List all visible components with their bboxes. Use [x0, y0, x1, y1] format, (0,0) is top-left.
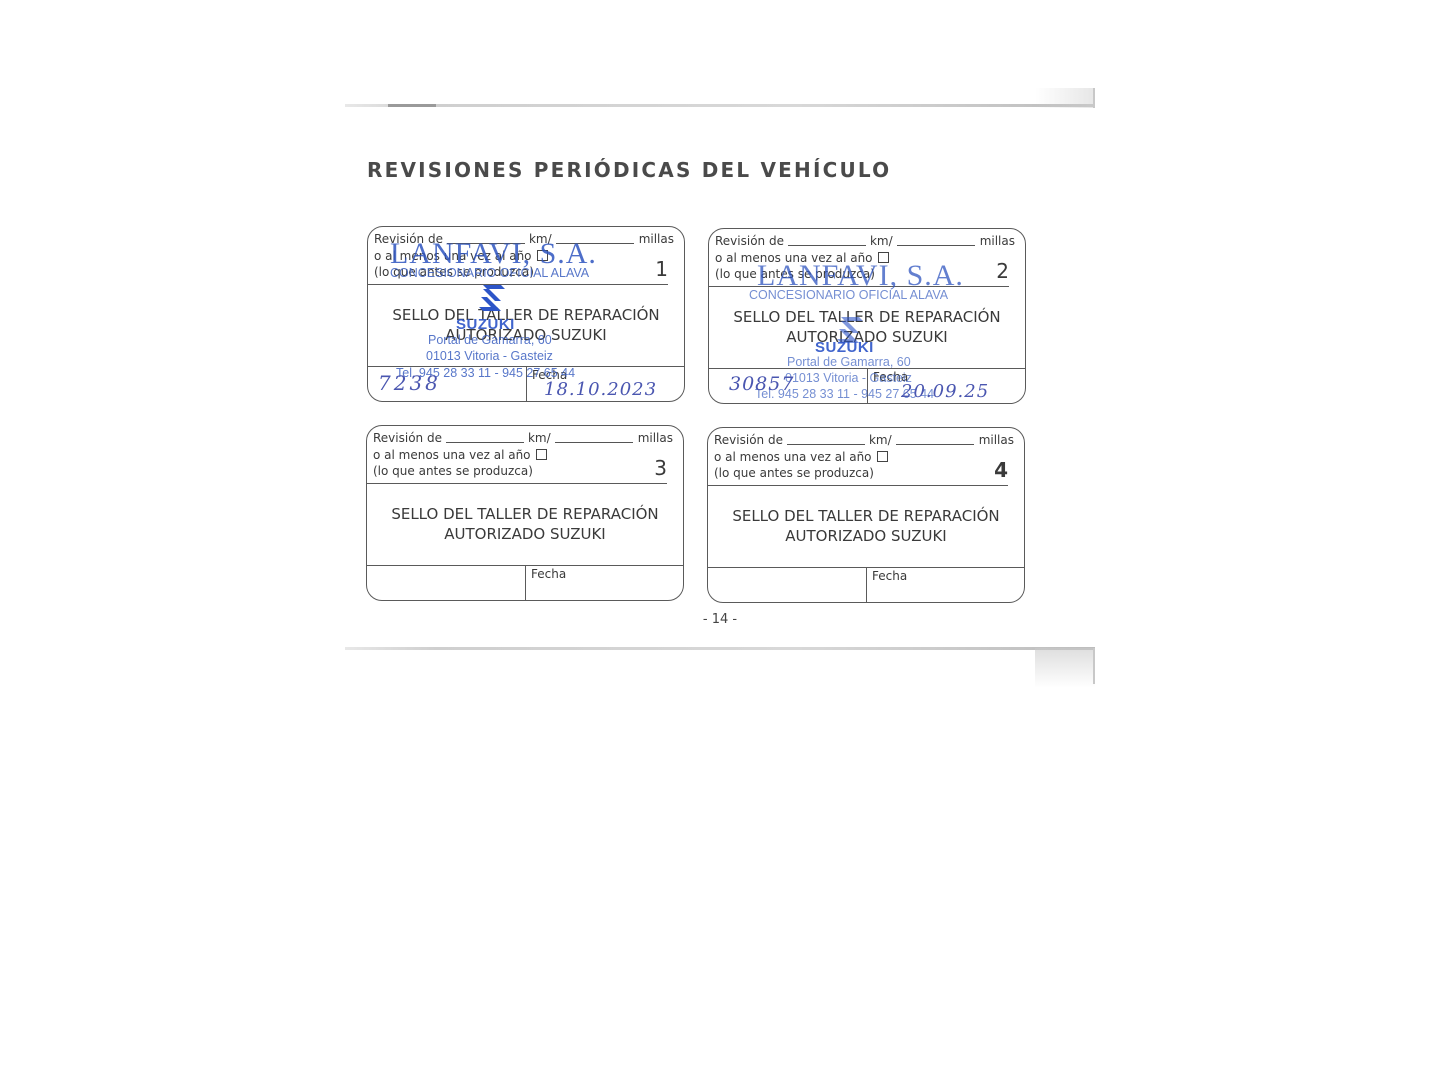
km-label: km/ — [870, 234, 893, 248]
whichever-first-label: (lo que antes se produzca) — [715, 267, 875, 281]
revision-label: Revisión de — [715, 234, 784, 248]
stamp-label-line1: SELLO DEL TALLER DE REPARACIÓN — [367, 504, 683, 524]
revision-row: Revisión dekm/millas — [374, 232, 674, 246]
yearly-label: o al menos una vez al año — [714, 450, 872, 464]
km-label: km/ — [869, 433, 892, 447]
millas-label: millas — [638, 431, 673, 445]
stamp-address-line2: 01013 Vitoria - Gasteiz — [426, 349, 553, 363]
stamp-label-line2: AUTORIZADO SUZUKI — [708, 526, 1024, 546]
divider — [526, 366, 527, 401]
divider — [708, 485, 1008, 486]
yearly-checkbox[interactable] — [537, 250, 548, 261]
yearly-row: o al menos una vez al año — [715, 251, 889, 265]
stamp-address-line1: Portal de Gamarra, 60 — [787, 355, 911, 369]
millas-blank — [896, 444, 974, 445]
stamp-area-label: SELLO DEL TALLER DE REPARACIÓNAUTORIZADO… — [709, 307, 1025, 347]
revision-card-1: Revisión dekm/millas o al menos una vez … — [367, 226, 685, 402]
revision-row: Revisión dekm/millas — [714, 433, 1014, 447]
yearly-checkbox[interactable] — [536, 449, 547, 460]
stamp-label-line1: SELLO DEL TALLER DE REPARACIÓN — [708, 506, 1024, 526]
scan-mark — [388, 104, 436, 107]
stamp-label-line2: AUTORIZADO SUZUKI — [709, 327, 1025, 347]
divider — [867, 368, 868, 403]
millas-label: millas — [979, 433, 1014, 447]
stamp-area-label: SELLO DEL TALLER DE REPARACIÓNAUTORIZADO… — [367, 504, 683, 544]
divider — [709, 286, 1009, 287]
yearly-label: o al menos una vez al año — [374, 249, 532, 263]
scan-corner-bottom — [1093, 648, 1095, 684]
stamp-label-line1: SELLO DEL TALLER DE REPARACIÓN — [368, 305, 684, 325]
km-label: km/ — [528, 431, 551, 445]
revision-card-2: Revisión dekm/millas o al menos una vez … — [708, 228, 1026, 404]
km-label: km/ — [529, 232, 552, 246]
scan-shadow-top — [1035, 88, 1095, 108]
scan-shadow-bottom — [1035, 648, 1095, 688]
revision-label: Revisión de — [373, 431, 442, 445]
km-blank — [446, 442, 524, 443]
stamp-label-line2: AUTORIZADO SUZUKI — [367, 524, 683, 544]
km-blank — [447, 243, 525, 244]
stamp-area-label: SELLO DEL TALLER DE REPARACIÓNAUTORIZADO… — [368, 305, 684, 345]
divider — [525, 565, 526, 600]
stamp-label-line1: SELLO DEL TALLER DE REPARACIÓN — [709, 307, 1025, 327]
yearly-label: o al menos una vez al año — [373, 448, 531, 462]
scan-corner-top — [1093, 88, 1095, 108]
handwritten-km: 7238 — [378, 371, 441, 395]
card-number: 2 — [996, 259, 1009, 283]
whichever-first-label: (lo que antes se produzca) — [374, 265, 534, 279]
scan-edge-bottom — [345, 647, 1095, 650]
revision-row: Revisión dekm/millas — [373, 431, 673, 445]
millas-label: millas — [639, 232, 674, 246]
yearly-checkbox[interactable] — [878, 252, 889, 263]
revision-label: Revisión de — [374, 232, 443, 246]
revision-label: Revisión de — [714, 433, 783, 447]
millas-blank — [555, 442, 633, 443]
millas-blank — [897, 245, 975, 246]
card-number: 3 — [654, 456, 667, 480]
revision-row: Revisión dekm/millas — [715, 234, 1015, 248]
stamp-label-line2: AUTORIZADO SUZUKI — [368, 325, 684, 345]
yearly-row: o al menos una vez al año — [373, 448, 547, 462]
divider — [368, 284, 668, 285]
fecha-label: Fecha — [872, 569, 907, 583]
revision-card-3: Revisión dekm/millas o al menos una vez … — [366, 425, 684, 601]
handwritten-km: 30857 — [729, 373, 794, 395]
stamp-dealer: CONCESIONARIO OFICIAL ALAVA — [749, 288, 948, 302]
handwritten-date: 18.10.2023 — [544, 379, 657, 400]
km-blank — [788, 245, 866, 246]
fecha-label: Fecha — [531, 567, 566, 581]
millas-label: millas — [980, 234, 1015, 248]
page-number: - 14 - — [0, 612, 1440, 627]
card-number: 1 — [655, 257, 668, 281]
whichever-first-label: (lo que antes se produzca) — [714, 466, 874, 480]
scan-edge-top — [345, 104, 1095, 107]
yearly-checkbox[interactable] — [877, 451, 888, 462]
millas-blank — [556, 243, 634, 244]
divider — [367, 483, 667, 484]
yearly-row: o al menos una vez al año — [374, 249, 548, 263]
revision-card-4: Revisión dekm/millas o al menos una vez … — [707, 427, 1025, 603]
page-title: REVISIONES PERIÓDICAS DEL VEHÍCULO — [367, 158, 891, 182]
whichever-first-label: (lo que antes se produzca) — [373, 464, 533, 478]
stamp-area-label: SELLO DEL TALLER DE REPARACIÓNAUTORIZADO… — [708, 506, 1024, 546]
card-number: 4 — [994, 458, 1008, 482]
yearly-row: o al menos una vez al año — [714, 450, 888, 464]
divider — [866, 567, 867, 602]
handwritten-date: 20.09.25 — [901, 381, 989, 402]
km-blank — [787, 444, 865, 445]
yearly-label: o al menos una vez al año — [715, 251, 873, 265]
